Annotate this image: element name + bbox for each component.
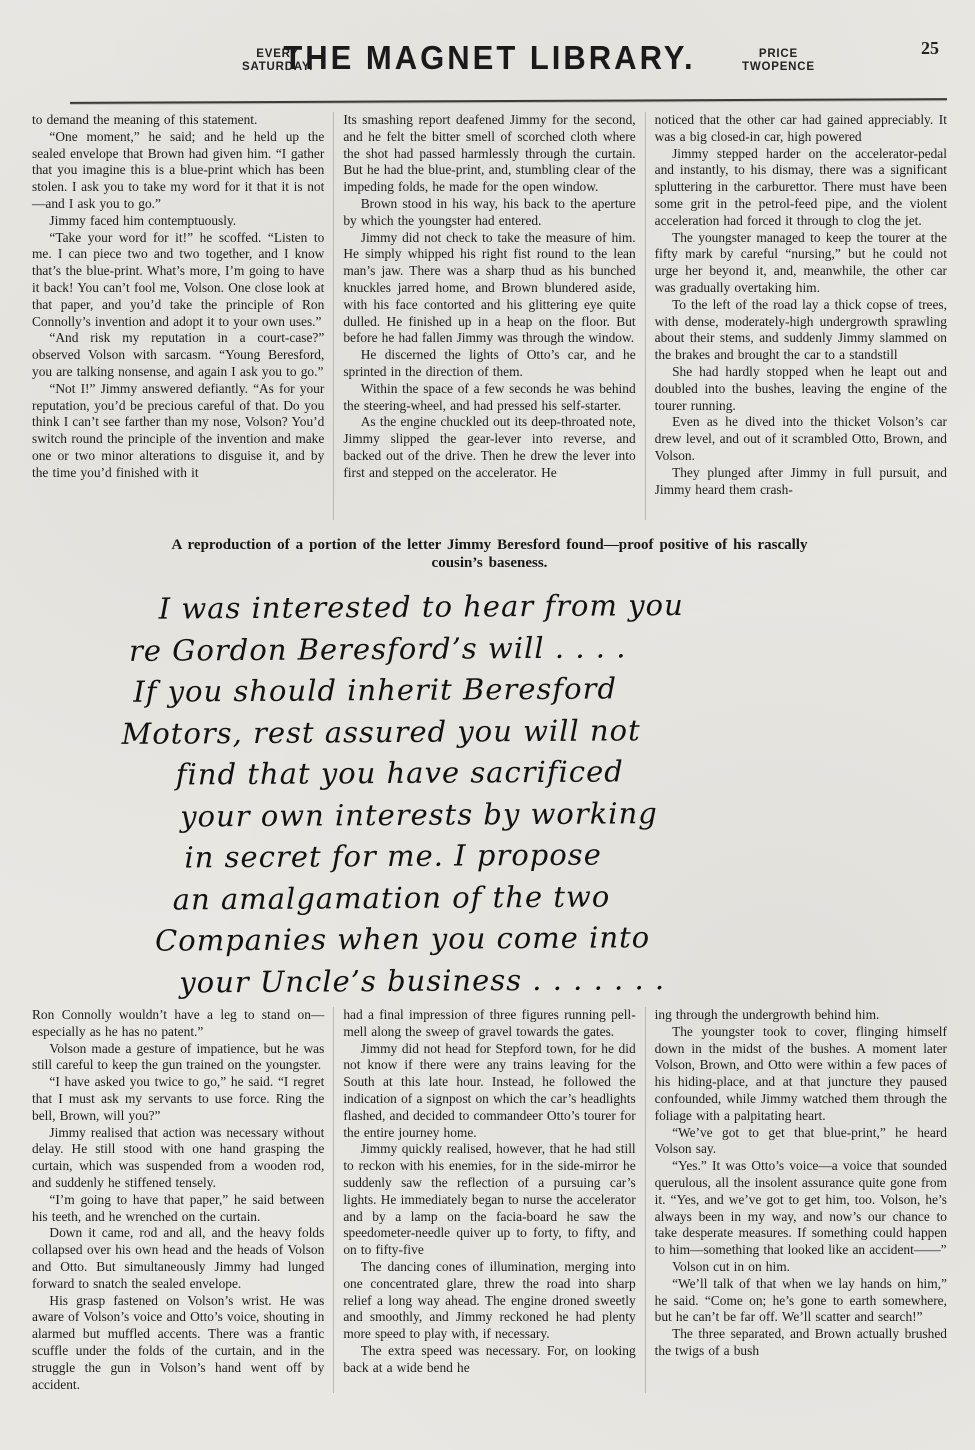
story-paragraph: Within the space of a few seconds he was… [343,381,635,415]
story-paragraph: The youngster managed to keep the tourer… [655,230,947,297]
handwritten-letter: I was interested to hear from youre Gord… [117,583,951,1004]
letter-line: Companies when you come into [155,915,950,962]
story-paragraph: Jimmy did not check to take the measure … [343,230,635,348]
story-paragraph: Jimmy stepped harder on the accelerator-… [655,146,947,230]
magazine-page: EVERY SATURDAY. THE MAGNET LIBRARY. PRIC… [0,0,975,1450]
story-paragraph: “Not I!” Jimmy answered defiantly. “As f… [32,381,324,482]
story-paragraph: Jimmy realised that action was necessary… [32,1125,324,1192]
column-top-2: Its smashing report deafened Jimmy for t… [333,112,644,520]
story-paragraph: They plunged after Jimmy in full pursuit… [655,465,947,499]
letter-line: your Uncle’s business . . . . . . . [179,957,950,1004]
letter-line: find that you have sacrificed [176,749,949,796]
column-bottom-3: ing through the undergrowth behind him.T… [645,1007,949,1393]
story-paragraph: “One moment,” he said; and he held up th… [32,129,324,213]
story-paragraph: The dancing cones of illumination, mergi… [343,1259,635,1343]
story-paragraph: had a final impression of three figures … [343,1007,635,1041]
story-paragraph: Ron Connolly wouldn’t have a leg to stan… [32,1007,324,1041]
story-paragraph: noticed that the other car had gained ap… [655,112,947,146]
story-paragraph: Jimmy did not head for Stepford town, fo… [343,1041,635,1142]
story-paragraph: The youngster took to cover, flinging hi… [655,1024,947,1125]
price-label: PRICE TWOPENCE [742,48,815,74]
story-paragraph: To the left of the road lay a thick cops… [655,297,947,364]
story-paragraph: “Take your word for it!” he scoffed. “Li… [32,230,324,331]
story-paragraph: “And risk my reputation in a court-case?… [32,330,324,380]
column-bottom-2: had a final impression of three figures … [333,1007,644,1393]
price-line1: PRICE [742,48,815,61]
story-paragraph: The three separated, and Brown actually … [655,1326,947,1360]
story-paragraph: She had hardly stopped when he leapt out… [655,364,947,414]
letter-line: re Gordon Beresford’s will . . . . [129,625,948,672]
letter-caption: A reproduction of a portion of the lette… [160,536,820,572]
letter-line: in secret for me. I propose [184,832,949,879]
story-paragraph: “Yes.” It was Otto’s voice—a voice that … [655,1158,947,1259]
column-top-1: to demand the meaning of this statement.… [30,112,333,520]
letter-line: an amalgamation of the two [173,874,950,921]
column-bottom-1: Ron Connolly wouldn’t have a leg to stan… [30,1007,333,1393]
story-paragraph: As the engine chuckled out its deep-thro… [343,414,635,481]
story-columns-top: to demand the meaning of this statement.… [30,102,949,520]
story-paragraph: “We’ll talk of that when we lay hands on… [655,1276,947,1326]
letter-line: Motors, rest assured you will not [121,708,948,755]
story-paragraph: Volson cut in on him. [655,1259,947,1276]
story-paragraph: He discerned the lights of Otto’s car, a… [343,347,635,381]
story-paragraph: His grasp fastened on Volson’s wrist. He… [32,1293,324,1394]
letter-reproduction: A reproduction of a portion of the lette… [30,520,949,1001]
story-paragraph: “I have asked you twice to go,” he said.… [32,1074,324,1124]
story-paragraph: Its smashing report deafened Jimmy for t… [343,112,635,196]
price-line2: TWOPENCE [742,61,815,74]
column-top-3: noticed that the other car had gained ap… [645,112,949,520]
story-paragraph: “We’ve got to get that blue-print,” he h… [655,1125,947,1159]
story-paragraph: Volson made a gesture of impatience, but… [32,1041,324,1075]
masthead: EVERY SATURDAY. THE MAGNET LIBRARY. PRIC… [30,0,949,100]
story-paragraph: “I’m going to have that paper,” he said … [32,1192,324,1226]
story-columns-bottom: Ron Connolly wouldn’t have a leg to stan… [30,1001,949,1393]
story-paragraph: The extra speed was necessary. For, on l… [343,1343,635,1377]
story-paragraph: Jimmy quickly realised, however, that he… [343,1141,635,1259]
story-paragraph: to demand the meaning of this statement. [32,112,324,129]
page-number: 25 [921,38,939,59]
letter-line: your own interests by working [180,791,949,838]
story-paragraph: Jimmy faced him contemptuously. [32,213,324,230]
story-paragraph: Even as he dived into the thicket Volson… [655,414,947,464]
story-paragraph: Brown stood in his way, his back to the … [343,196,635,230]
story-paragraph: Down it came, rod and all, and the heavy… [32,1225,324,1292]
story-paragraph: ing through the undergrowth behind him. [655,1007,947,1024]
letter-line: I was interested to hear from you [159,583,948,630]
letter-line: If you should inherit Beresford [133,666,948,713]
